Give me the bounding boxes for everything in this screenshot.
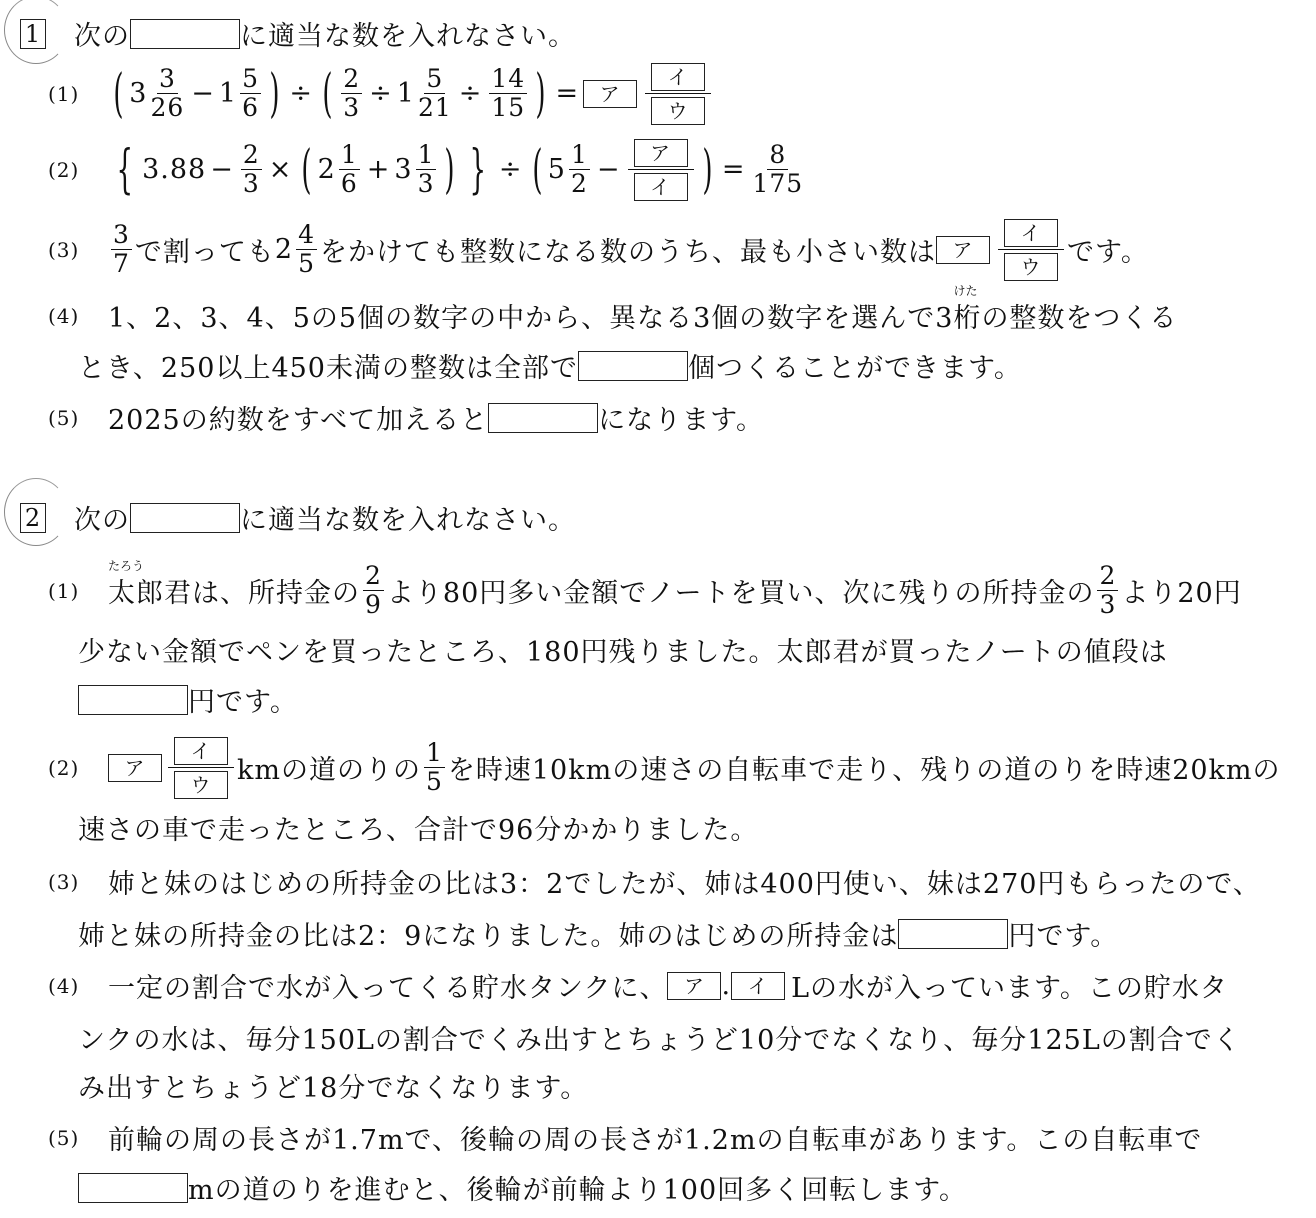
question-text: 一定の割合で水が入ってくる貯水タンクに、 (108, 966, 667, 1005)
numerator: 3 (157, 65, 178, 94)
answer-box-i[interactable]: イ (634, 173, 688, 201)
question-text: ンクの水は、毎分150Lの割合でくみ出すとちょうど10分でなくなり、毎分125L… (78, 1018, 1241, 1057)
question-label: (3) (48, 870, 108, 894)
result-fraction: 8175 (752, 141, 803, 198)
numerator: 8 (767, 141, 788, 170)
answer-box-u[interactable]: ウ (1004, 253, 1058, 281)
fraction: 56 (240, 65, 261, 122)
answer-box-i[interactable]: イ (1004, 219, 1058, 247)
fraction: 16 (339, 141, 360, 198)
question-1-1: (1) ( 3 326 − 1 56 ) ÷ ( 23 ÷ 1 521 ÷ 14… (48, 60, 714, 127)
question-text: 円です。 (1008, 914, 1118, 953)
question-text: 少ない金額でペンを買ったところ、180円残りました。太郎君が買ったノートの値段は (78, 630, 1168, 669)
paren-close: ) (445, 144, 456, 196)
denominator: ウ (168, 768, 234, 801)
answer-box-a[interactable]: ア (936, 236, 990, 264)
math-number: 3 (394, 154, 412, 185)
numerator: 2 (363, 562, 384, 591)
numerator: 1 (339, 141, 360, 170)
answer-box-a[interactable]: ア (667, 972, 721, 1000)
answer-box[interactable] (488, 403, 598, 433)
instruction-text: に適当な数を入れなさい。 (240, 14, 576, 53)
question-label: (5) (48, 1126, 108, 1150)
question-label: (1) (48, 579, 108, 603)
denominator: 3 (343, 94, 360, 122)
paren-close: ) (269, 68, 280, 120)
answer-box[interactable] (78, 685, 188, 715)
denominator: 15 (491, 94, 525, 122)
denominator: ウ (998, 250, 1064, 283)
fraction: 45 (296, 221, 317, 278)
ruby-word: たろう太郎 (108, 571, 164, 610)
question-text: で割っても (135, 230, 275, 269)
denominator: 3 (1099, 591, 1116, 619)
answer-box-i[interactable]: イ (731, 972, 785, 1000)
question-text: 前輪の周の長さが1.7mで、後輪の周の長さが1.2mの自転車があります。この自転… (108, 1118, 1202, 1157)
question-text: 姉と妹の所持金の比は2：9になりました。姉のはじめの所持金は (78, 914, 898, 953)
math-operator: = (722, 154, 746, 185)
question-text: 君は、所持金の (164, 571, 360, 610)
numerator: 1 (569, 141, 590, 170)
question-1-2: (2) { 3.88 − 23 × ( 2 16 + 3 13 ) } ÷ ( … (48, 136, 806, 203)
fraction: 15 (424, 739, 445, 796)
numerator: 2 (341, 65, 362, 94)
question-2-4-line2: ンクの水は、毎分150Lの割合でくみ出すとちょうど10分でなくなり、毎分125L… (78, 1018, 1241, 1057)
question-2-2-line1: (2) ア イ ウ kmの道のりの 15 を時速10kmの速さの自転車で走り、残… (48, 734, 1281, 801)
fraction: 13 (416, 141, 437, 198)
answer-fraction: イ ウ (998, 216, 1064, 283)
question-label: (4) (48, 304, 108, 328)
question-text: とき、250以上450未満の整数は全部で (78, 346, 578, 385)
fraction: 23 (341, 65, 362, 122)
math-operator: = (556, 78, 580, 109)
answer-box-a[interactable]: ア (583, 80, 637, 108)
math-number: 1 (397, 78, 415, 109)
instruction-text: 次の (74, 14, 130, 53)
question-1-4-line1: (4) 1、2、3、4、5の5個の数字の中から、異なる3個の数字を選んで3 けた… (48, 296, 1177, 335)
ruby-reading: たろう (108, 557, 144, 574)
denominator: 3 (418, 170, 435, 198)
question-2-3-line1: (3) 姉と妹のはじめの所持金の比は3：2でしたが、姉は400円使い、妹は270… (48, 862, 1261, 901)
question-text: の整数をつくる (981, 296, 1177, 335)
question-1-3: (3) 37 で割っても 2 45 をかけても整数になる数のうち、最も小さい数は… (48, 216, 1149, 283)
ruby-word: けた桁 (953, 296, 981, 335)
numerator: 5 (424, 65, 445, 94)
question-text: 姉と妹のはじめの所持金の比は3：2でしたが、姉は400円使い、妹は270円もらっ… (108, 862, 1261, 901)
instruction-text: 次の (74, 498, 130, 537)
question-2-4-line1: (4) 一定の割合で水が入ってくる貯水タンクに、 ア . イ Lの水が入っていま… (48, 966, 1228, 1005)
answer-box[interactable] (578, 351, 688, 381)
math-operator: ÷ (459, 78, 483, 109)
question-2-4-line3: み出すとちょうど18分でなくなります。 (78, 1066, 588, 1105)
fraction: 37 (111, 221, 132, 278)
question-2-2-line2: 速さの車で走ったところ、合計で96分かかりました。 (78, 808, 758, 847)
denominator: ウ (645, 94, 711, 127)
question-2-5-line2: mの道のりを進むと、後輪が前輪より100回多く回転します。 (78, 1168, 967, 1207)
answer-fraction: イ ウ (168, 734, 234, 801)
answer-box-a[interactable]: ア (634, 139, 688, 167)
paren-open: ( (113, 68, 124, 120)
math-operator: × (269, 154, 293, 185)
math-number: 3 (129, 78, 147, 109)
numerator: 4 (296, 221, 317, 250)
question-text: 1、2、3、4、5の5個の数字の中から、異なる3個の数字を選んで3 (108, 296, 953, 335)
answer-fraction: イ ウ (645, 60, 711, 127)
brace-open: { (117, 144, 134, 196)
answer-fraction: ア イ (628, 136, 694, 203)
question-text: 2025の約数をすべて加えると (108, 398, 488, 437)
section-number: 1 (20, 19, 46, 49)
numerator: イ (645, 60, 711, 94)
math-operator: − (191, 78, 215, 109)
question-text: より80円多い金額でノートを買い、次に残りの所持金の (387, 571, 1095, 610)
section-2-header: 2 次の に適当な数を入れなさい。 (20, 498, 576, 537)
fraction: 1415 (489, 65, 527, 122)
question-2-3-line2: 姉と妹の所持金の比は2：9になりました。姉のはじめの所持金は 円です。 (78, 914, 1118, 953)
question-text: み出すとちょうど18分でなくなります。 (78, 1066, 588, 1105)
question-label: (2) (48, 756, 108, 780)
denominator: 175 (752, 170, 803, 198)
numerator: 3 (111, 221, 132, 250)
question-label: (3) (48, 238, 108, 262)
answer-box-i[interactable]: イ (174, 737, 228, 765)
math-operator: ÷ (289, 78, 313, 109)
question-text: Lの水が入っています。この貯水タ (791, 966, 1228, 1005)
section-number: 2 (20, 503, 46, 533)
paren-open: ( (302, 144, 313, 196)
question-text: mの道のりを進むと、後輪が前輪より100回多く回転します。 (188, 1168, 967, 1207)
math-operator: − (597, 154, 621, 185)
math-operator: ÷ (369, 78, 393, 109)
question-text: 速さの車で走ったところ、合計で96分かかりました。 (78, 808, 758, 847)
paren-close: ) (536, 68, 547, 120)
question-label: (5) (48, 406, 108, 430)
instruction-text: に適当な数を入れなさい。 (240, 498, 576, 537)
numerator: 5 (240, 65, 261, 94)
fraction: 23 (241, 141, 262, 198)
question-text: です。 (1067, 230, 1149, 269)
fraction: 23 (1097, 562, 1118, 619)
answer-box-u[interactable]: ウ (651, 97, 705, 125)
question-text: 円です。 (188, 680, 298, 719)
paren-close: ) (702, 144, 713, 196)
ruby-reading: けた (953, 282, 977, 299)
question-2-1-line3: 円です。 (78, 680, 298, 719)
fraction: 29 (363, 562, 384, 619)
paren-open: ( (322, 68, 333, 120)
question-2-5-line1: (5) 前輪の周の長さが1.7mで、後輪の周の長さが1.2mの自転車があります。… (48, 1118, 1202, 1157)
denominator: 9 (365, 591, 382, 619)
denominator: 7 (113, 250, 130, 278)
numerator: 1 (416, 141, 437, 170)
denominator: 2 (571, 170, 588, 198)
question-label: (2) (48, 158, 108, 182)
question-text: 個つくることができます。 (688, 346, 1022, 385)
math-number: 2 (275, 234, 293, 265)
math-number: 5 (548, 154, 566, 185)
fraction: 326 (150, 65, 184, 122)
numerator: 2 (241, 141, 262, 170)
blank-box-example (130, 19, 240, 49)
math-operator: + (367, 154, 391, 185)
question-label: (4) (48, 974, 108, 998)
ruby-base: 桁 (953, 303, 981, 334)
question-text: になります。 (598, 398, 764, 437)
denominator: イ (628, 170, 694, 203)
answer-box-u[interactable]: ウ (174, 771, 228, 799)
question-label: (1) (48, 82, 108, 106)
question-text: をかけても整数になる数のうち、最も小さい数は (320, 230, 936, 269)
question-1-4-line2: とき、250以上450未満の整数は全部で 個つくることができます。 (78, 346, 1022, 385)
denominator: 6 (341, 170, 358, 198)
math-operator: ÷ (499, 154, 523, 185)
math-number: 3.88 (142, 154, 206, 185)
numerator: イ (168, 734, 234, 768)
numerator: 2 (1097, 562, 1118, 591)
question-1-5: (5) 2025の約数をすべて加えると になります。 (48, 398, 764, 437)
question-2-1-line1: (1) たろう太郎 君は、所持金の 29 より80円多い金額でノートを買い、次に… (48, 562, 1242, 619)
math-operator: − (210, 154, 234, 185)
denominator: 26 (150, 94, 184, 122)
fraction: 12 (569, 141, 590, 198)
numerator: ア (628, 136, 694, 170)
math-number: 1 (219, 78, 237, 109)
numerator: イ (998, 216, 1064, 250)
answer-box-a[interactable]: ア (108, 754, 162, 782)
numerator: 1 (424, 739, 445, 768)
question-2-1-line2: 少ない金額でペンを買ったところ、180円残りました。太郎君が買ったノートの値段は (78, 630, 1168, 669)
blank-box-example (130, 503, 240, 533)
ruby-base: 太郎 (108, 578, 164, 609)
denominator: 6 (242, 94, 259, 122)
denominator: 3 (243, 170, 260, 198)
section-1-header: 1 次の に適当な数を入れなさい。 (20, 14, 576, 53)
answer-box-i[interactable]: イ (651, 63, 705, 91)
math-number: 2 (318, 154, 336, 185)
answer-box[interactable] (898, 919, 1008, 949)
question-text: を時速10kmの速さの自転車で走り、残りの道のりを時速20kmの (448, 748, 1281, 787)
answer-box[interactable] (78, 1173, 188, 1203)
denominator: 5 (298, 250, 315, 278)
paren-open: ( (532, 144, 543, 196)
brace-close: } (469, 144, 486, 196)
fraction: 521 (418, 65, 452, 122)
question-text: kmの道のりの (237, 748, 421, 787)
numerator: 14 (489, 65, 527, 94)
question-text: より20円 (1121, 571, 1241, 610)
decimal-point: . (721, 970, 731, 1001)
denominator: 21 (418, 94, 452, 122)
denominator: 5 (426, 768, 443, 796)
